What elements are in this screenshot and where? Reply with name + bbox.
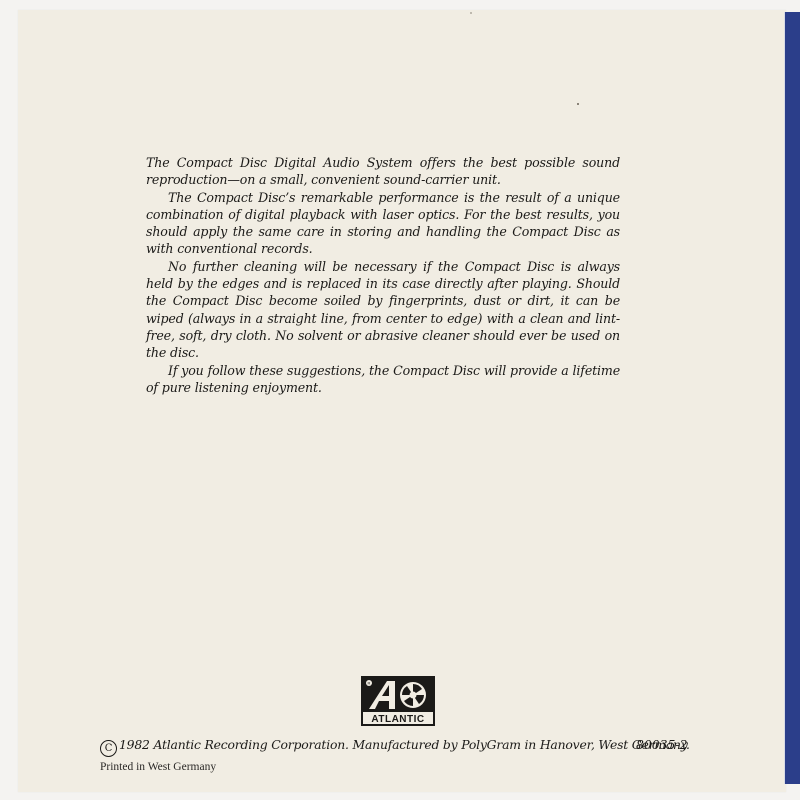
paper-speck <box>577 103 579 105</box>
paragraph-cleaning: No further cleaning will be necessary if… <box>146 258 620 362</box>
atlantic-records-logo-icon: R ATLANTIC <box>361 676 435 726</box>
copyright-icon: C <box>100 740 117 757</box>
printed-in-note: Printed in West Germany <box>100 761 216 773</box>
disc-care-text: The Compact Disc Digital Audio System of… <box>146 154 620 396</box>
booklet-spine-edge <box>784 12 800 784</box>
paragraph-closing: If you follow these suggestions, the Com… <box>146 362 620 397</box>
paper-speck <box>470 12 472 14</box>
paragraph-intro: The Compact Disc Digital Audio System of… <box>146 154 620 189</box>
atlantic-logo: R ATLANTIC <box>361 676 435 726</box>
logo-label: ATLANTIC <box>371 714 424 725</box>
copyright-line: C1982 Atlantic Recording Corporation. Ma… <box>100 737 640 757</box>
copyright-text: 1982 Atlantic Recording Corporation. Man… <box>119 737 690 752</box>
paragraph-performance: The Compact Disc’s remarkable performanc… <box>146 189 620 258</box>
booklet-page <box>18 10 786 792</box>
registered-mark: R <box>368 681 371 686</box>
catalog-number: 80035-2 <box>636 737 688 752</box>
